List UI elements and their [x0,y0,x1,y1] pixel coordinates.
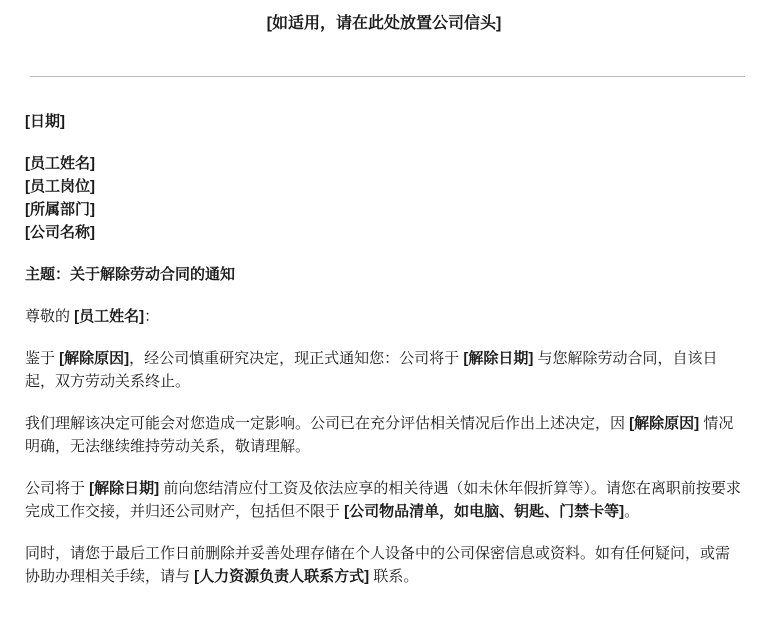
recipient-position-line: [员工岗位] [25,175,742,198]
paragraph-understanding: 我们理解该决定可能会对您造成一定影响。公司已在充分评估相关情况后作出上述决定，因… [25,412,742,458]
subject-line: 主题：关于解除劳动合同的通知 [25,263,742,286]
placeholder-token: [员工姓名] [74,308,144,325]
paragraph-confidentiality-contact: 同时，请您于最后工作日前删除并妥善处理存储在个人设备中的公司保密信息或资料。如有… [25,542,742,588]
paragraph-termination-decision: 鉴于 [解除原因]，经公司慎重研究决定，现正式通知您：公司将于 [解除日期] 与… [25,347,742,393]
placeholder-token: [解除原因] [629,415,699,432]
text-run: 我们理解该决定可能会对您造成一定影响。公司已在充分评估相关情况后作出上述决定，因 [25,415,629,432]
placeholder-token: [解除日期] [463,350,533,367]
text-run: ： [144,308,159,325]
placeholder-token: [解除日期] [89,480,159,497]
letter-document: [如适用，请在此处放置公司信头] [日期] [员工姓名] [员工岗位] [所属部… [0,0,768,626]
text-run: 公司将于 [25,480,89,497]
paragraph-settlement-handover: 公司将于 [解除日期] 前向您结清应付工资及依法应享的相关待遇（如未休年假折算等… [25,477,742,523]
text-run: 鉴于 [25,350,59,367]
recipient-department-line: [所属部门] [25,198,742,221]
salutation-line: 尊敬的 [员工姓名]： [25,305,742,328]
placeholder-token: [人力资源负责人联系方式] [194,568,369,585]
recipient-company-line: [公司名称] [25,221,742,244]
placeholder-token: [公司物品清单，如电脑、钥匙、门禁卡等] [344,503,624,520]
date-line: [日期] [25,110,742,133]
text-run: ，经公司慎重研究决定，现正式通知您：公司将于 [129,350,463,367]
recipient-block: [员工姓名] [员工岗位] [所属部门] [公司名称] [25,152,742,244]
recipient-name-line: [员工姓名] [25,152,742,175]
text-run: 尊敬的 [25,308,74,325]
letter-body: [日期] [员工姓名] [员工岗位] [所属部门] [公司名称] 主题：关于解除… [0,77,768,588]
placeholder-token: [解除原因] [59,350,129,367]
text-run: 联系。 [369,568,418,585]
letterhead-placeholder: [如适用，请在此处放置公司信头] [0,14,768,34]
text-run: 。 [624,503,639,520]
